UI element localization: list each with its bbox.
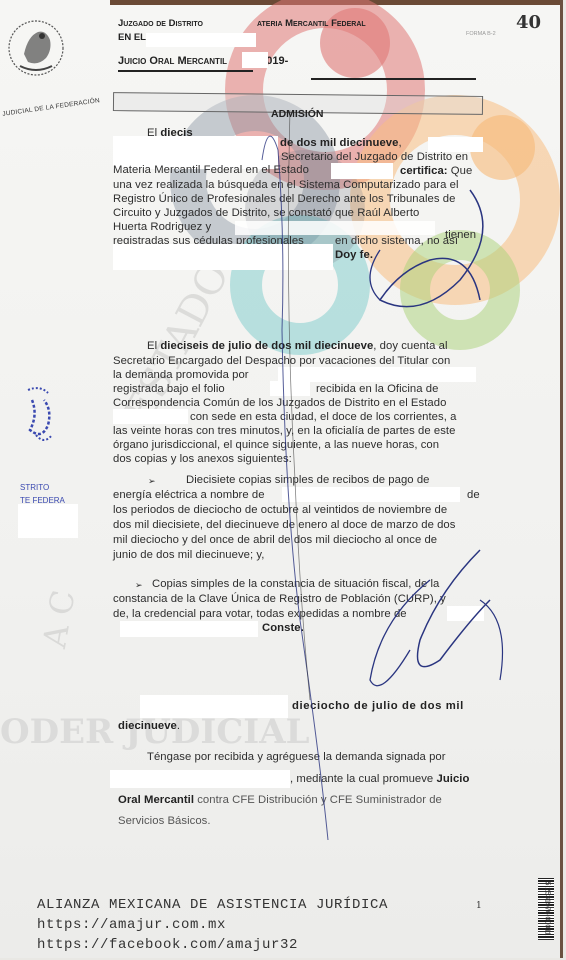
footer-org-name: ALIANZA MEXICANA DE ASISTENCIA JURÍDICA — [37, 897, 388, 913]
barcode-number: 5 2531976 00011 — [543, 882, 550, 936]
handwritten-signature — [0, 0, 563, 958]
page-number: 1 — [476, 901, 482, 911]
footer-site-link[interactable]: https://amajur.com.mx — [37, 917, 226, 933]
document-page: ESTADO A C ODER JUDICIAL JUDICIAL DE LA … — [0, 0, 563, 958]
footer-facebook-link[interactable]: https://facebook.com/amajur32 — [37, 937, 298, 953]
